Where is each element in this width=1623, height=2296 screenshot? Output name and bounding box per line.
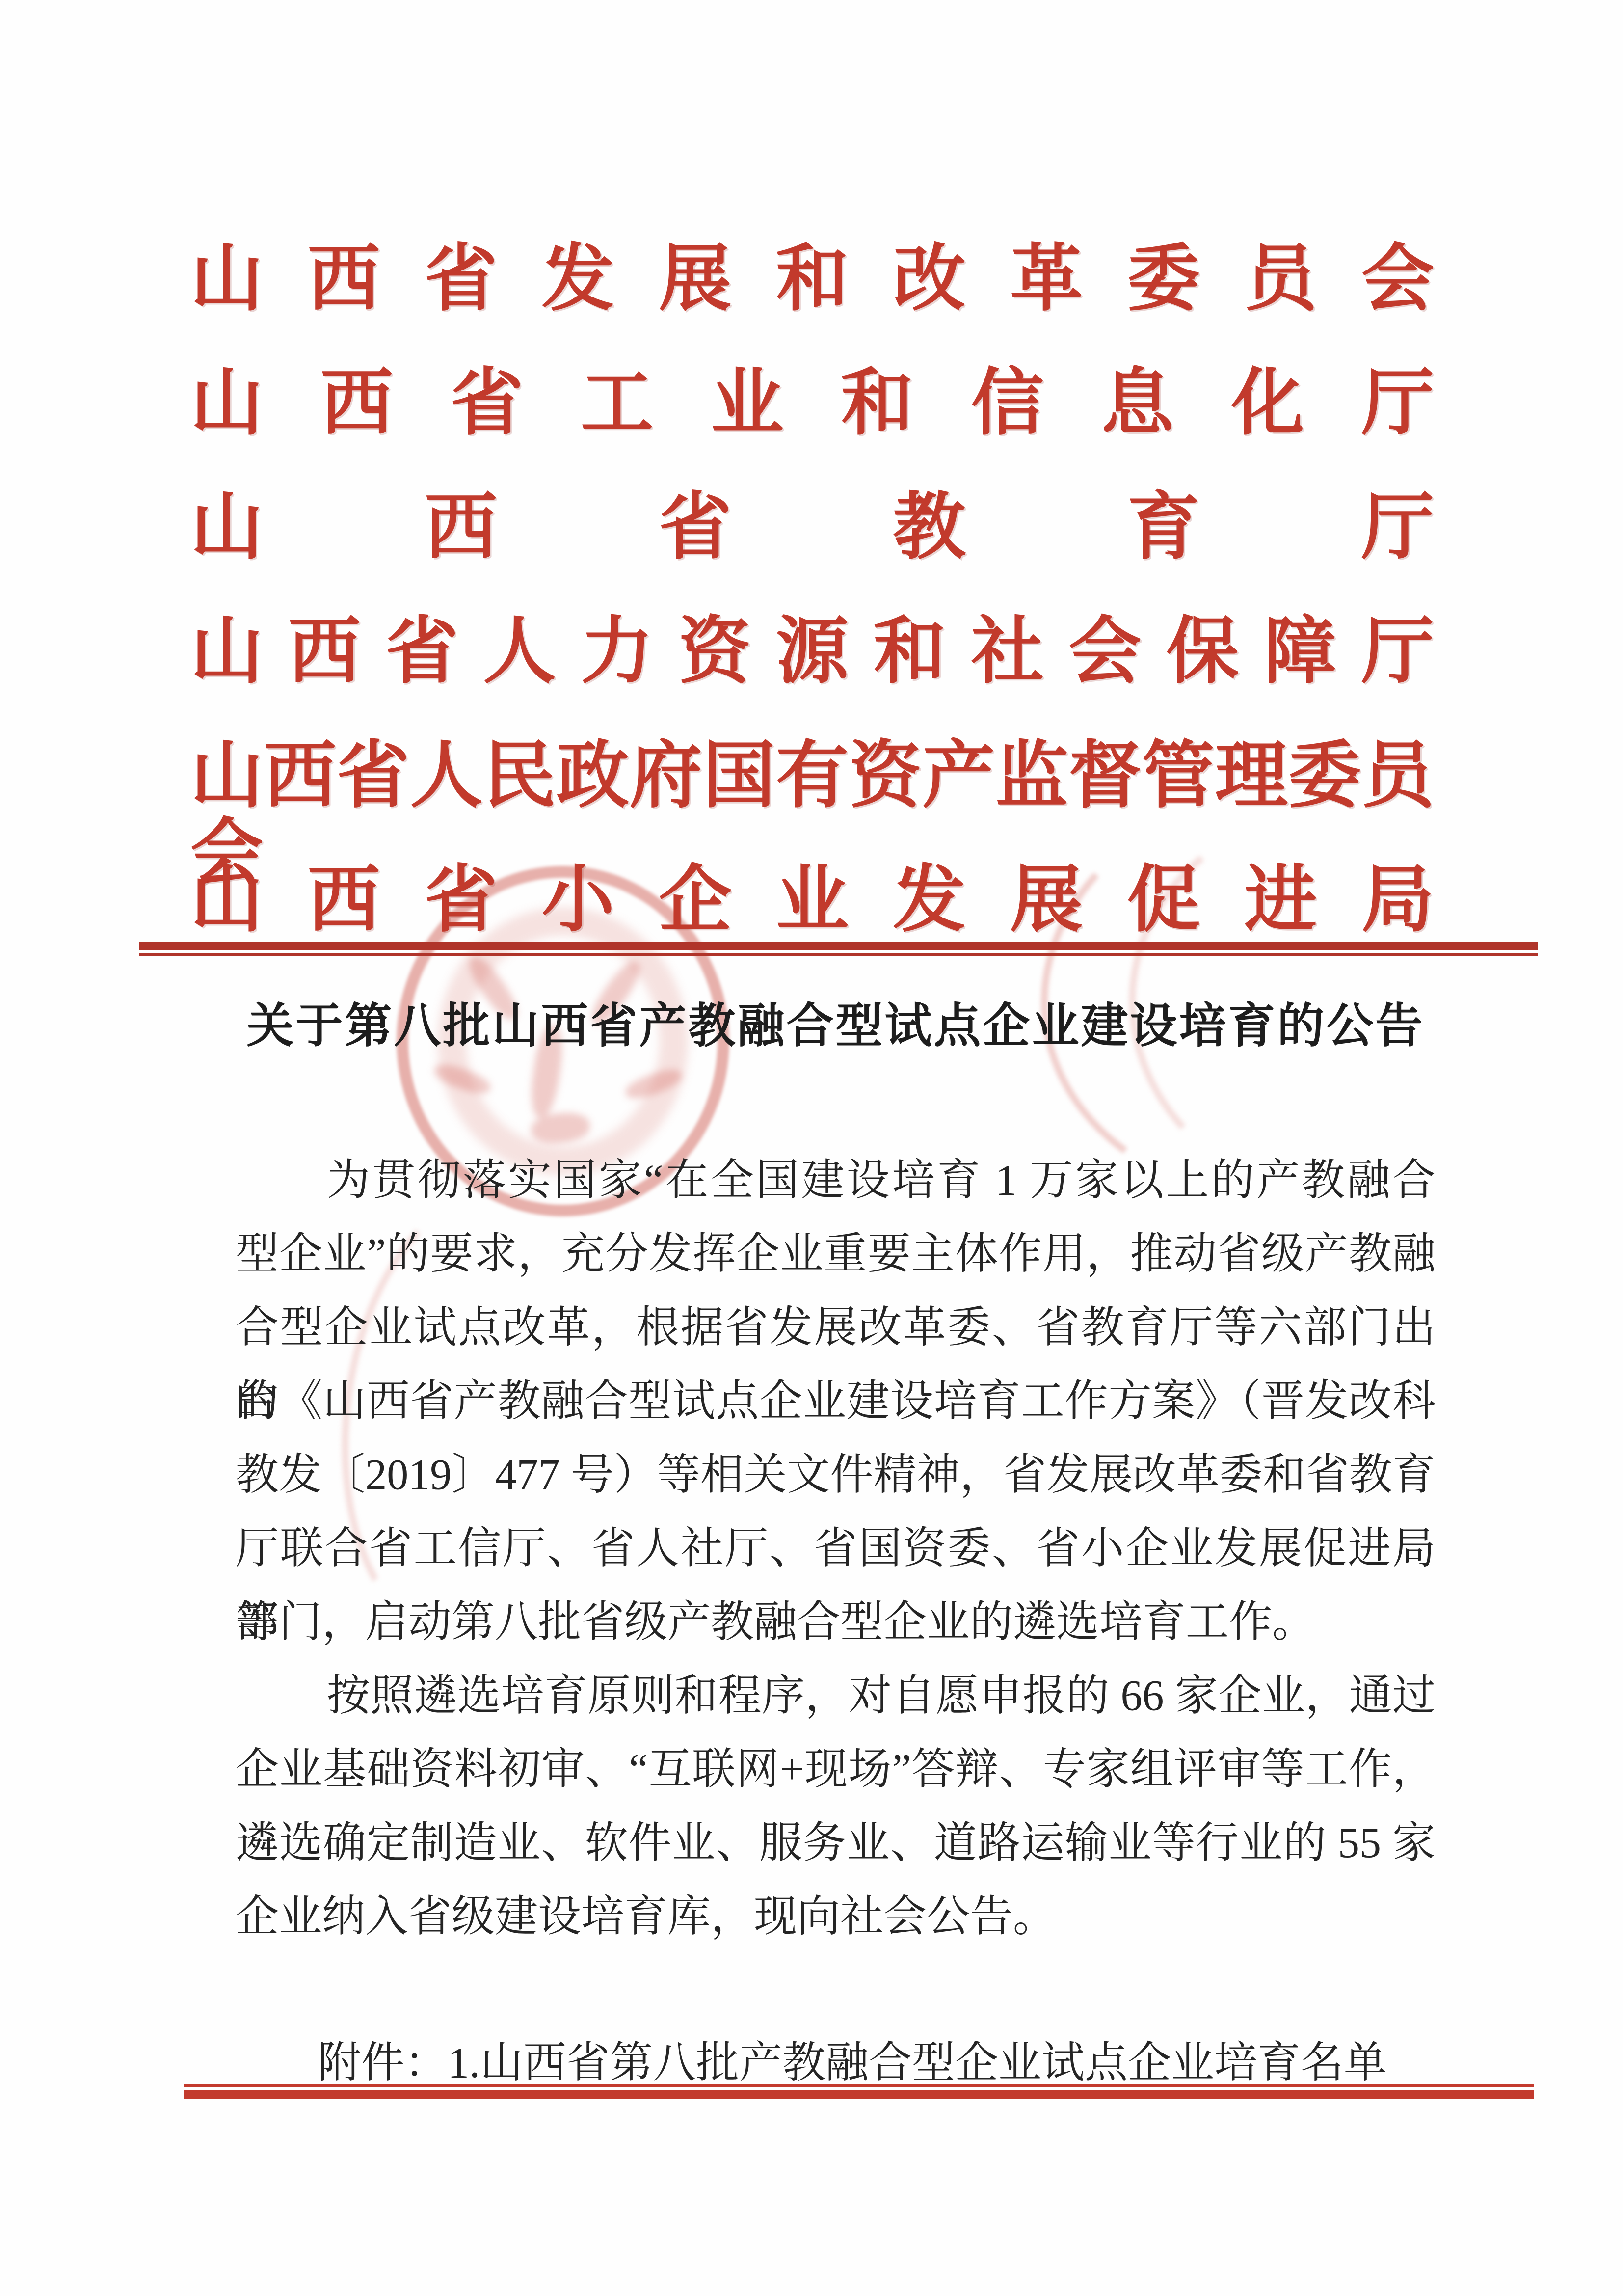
body-line: 遴选确定制造业、软件业、服务业、道路运输业等行业的 55 家 — [236, 1807, 1436, 1880]
body-line: 按照遴选培育原则和程序，对自愿申报的 66 家企业，通过 — [236, 1659, 1436, 1733]
seal-smudge — [530, 1110, 591, 1146]
seal-smudge — [431, 1060, 493, 1099]
header-rule-thin — [139, 953, 1538, 956]
footer-rule-thin — [184, 2084, 1534, 2087]
header-rule-thick — [139, 942, 1538, 950]
body-line: 厅联合省工信厅、省人社厅、省国资委、省小企业发展促进局等 — [236, 1512, 1436, 1586]
document-title: 关于第八批山西省产教融合型试点企业建设培育的公告 — [236, 997, 1436, 1055]
body-line: 的《山西省产教融合型试点企业建设培育工作方案》（晋发改科 — [236, 1365, 1436, 1438]
header-agency-line-2: 山西省工业和信息化厅 — [190, 365, 1434, 443]
body-line: 部门，启动第八批省级产教融合型企业的遴选培育工作。 — [236, 1586, 1436, 1659]
body-line: 企业纳入省级建设培育库，现向社会公告。 — [236, 1880, 1436, 1954]
body-line: 企业基础资料初审、“互联网+现场”答辩、专家组评审等工作， — [236, 1733, 1436, 1807]
header-agency-line-6: 山西省小企业发展促进局 — [190, 862, 1434, 940]
body-line: 合型企业试点改革，根据省发展改革委、省教育厅等六部门出台 — [236, 1291, 1436, 1365]
header-agency-line-5: 山西省人民政府国有资产监督管理委员会 — [190, 737, 1434, 816]
scanned-document-page: 山西省发展和改革委员会 山西省工业和信息化厅 山西省教育厅 山西省人力资源和社会… — [0, 0, 1623, 2296]
body-line: 为贯彻落实国家“在全国建设培育 1 万家以上的产教融合 — [236, 1144, 1436, 1217]
body-line: 型企业”的要求，充分发挥企业重要主体作用，推动省级产教融 — [236, 1217, 1436, 1291]
seal-smudge — [623, 1065, 685, 1104]
header-agency-line-1: 山西省发展和改革委员会 — [190, 241, 1434, 319]
attachment-line: 附件：1.山西省第八批产教融合型企业试点企业培育名单 — [236, 2026, 1436, 2100]
footer-rule-thick — [184, 2090, 1534, 2099]
header-agency-line-4: 山西省人力资源和社会保障厅 — [190, 613, 1434, 692]
body-line: 教发〔2019〕477 号）等相关文件精神，省发展改革委和省教育 — [236, 1438, 1436, 1512]
header-agency-line-3: 山西省教育厅 — [190, 489, 1434, 567]
